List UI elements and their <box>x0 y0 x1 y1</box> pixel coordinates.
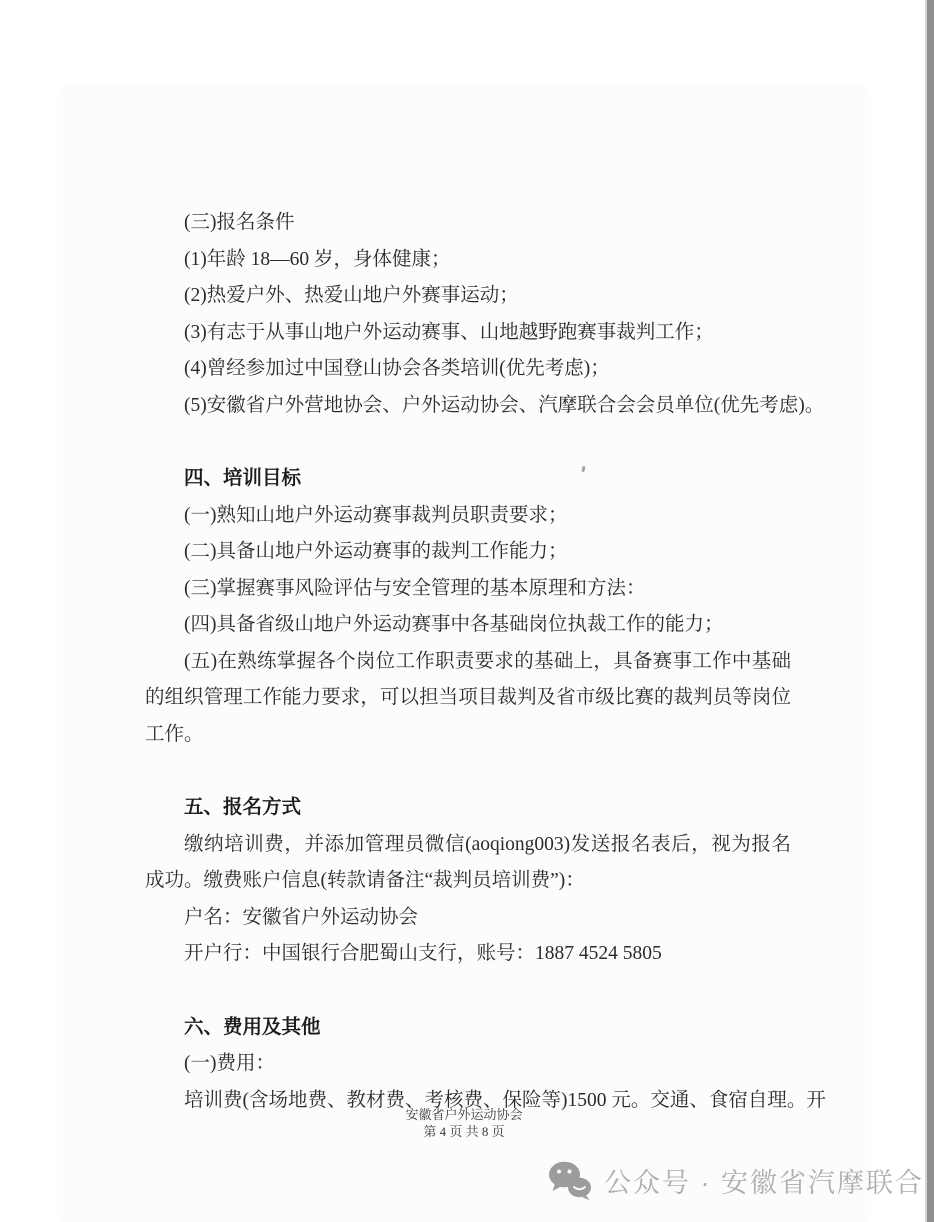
document-viewer: (三)报名条件 (1)年龄 18—60 岁，身体健康； (2)热爱户外、热爱山地… <box>0 0 934 1222</box>
condition-item-1: (1)年龄 18—60 岁，身体健康； <box>145 242 791 279</box>
document-page: (三)报名条件 (1)年龄 18—60 岁，身体健康； (2)热爱户外、热爱山地… <box>60 88 868 1222</box>
section4-heading: 四、培训目标 <box>145 461 791 498</box>
wechat-icon <box>548 1160 592 1200</box>
scrollbar[interactable] <box>925 0 934 1222</box>
fee-subheading: (一)费用： <box>145 1046 791 1083</box>
goal-item-2: (二)具备山地户外运动赛事的裁判工作能力； <box>145 534 791 571</box>
account-name-line: 户名：安徽省户外运动协会 <box>145 900 791 937</box>
bank-account-line: 开户行：中国银行合肥蜀山支行，账号：1887 4524 5805 <box>145 936 791 973</box>
goal-item-5: (五)在熟练掌握各个岗位工作职责要求的基础上，具备赛事工作中基础的组织管理工作能… <box>145 644 791 754</box>
footer-page-number: 第 4 页 共 8 页 <box>60 1123 868 1140</box>
registration-paragraph: 缴纳培训费，并添加管理员微信(aoqiong003)发送报名表后，视为报名成功。… <box>145 827 791 900</box>
section5-heading: 五、报名方式 <box>145 790 791 827</box>
document-body: (三)报名条件 (1)年龄 18—60 岁，身体健康； (2)热爱户外、热爱山地… <box>145 205 791 1119</box>
wechat-watermark: 公众号 · 安徽省汽摩联合会 <box>548 1160 934 1200</box>
section3-title: (三)报名条件 <box>145 205 791 242</box>
page-footer: 安徽省户外运动协会 第 4 页 共 8 页 <box>60 1106 868 1140</box>
condition-item-4: (4)曾经参加过中国登山协会各类培训(优先考虑)； <box>145 351 791 388</box>
section6-heading: 六、费用及其他 <box>145 1010 791 1047</box>
condition-item-3: (3)有志于从事山地户外运动赛事、山地越野跑赛事裁判工作； <box>145 315 791 352</box>
goal-item-3: (三)掌握赛事风险评估与安全管理的基本原理和方法： <box>145 571 791 608</box>
footer-org: 安徽省户外运动协会 <box>60 1106 868 1123</box>
goal-item-4: (四)具备省级山地户外运动赛事中各基础岗位执裁工作的能力； <box>145 607 791 644</box>
condition-item-2: (2)热爱户外、热爱山地户外赛事运动； <box>145 278 791 315</box>
goal-item-1: (一)熟知山地户外运动赛事裁判员职责要求； <box>145 498 791 535</box>
watermark-text: 公众号 · 安徽省汽摩联合会 <box>604 1161 934 1200</box>
condition-item-5: (5)安徽省户外营地协会、户外运动协会、汽摩联合会会员单位(优先考虑)。 <box>145 388 791 425</box>
